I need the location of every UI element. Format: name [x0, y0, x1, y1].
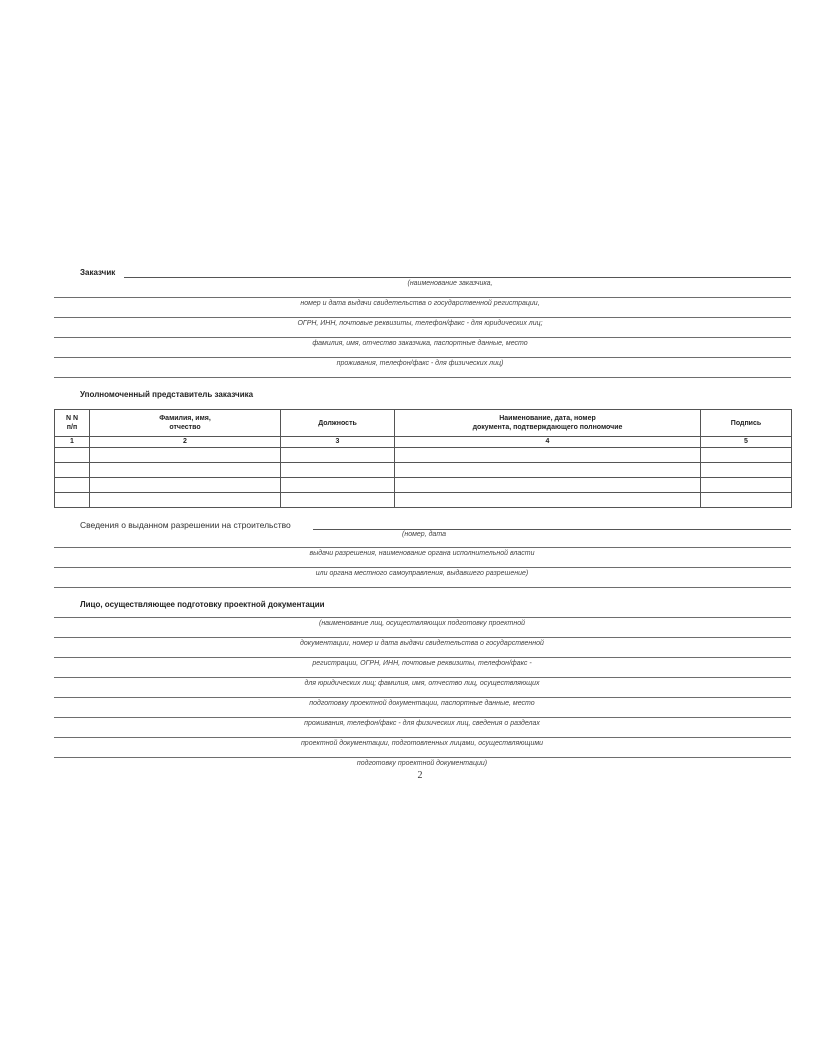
column-number: 1 — [55, 437, 90, 448]
table-cell[interactable] — [55, 448, 90, 463]
designer-line-4[interactable] — [54, 677, 791, 678]
table-cell[interactable] — [701, 448, 792, 463]
permit-line-2[interactable] — [54, 547, 791, 548]
table-cell[interactable] — [281, 493, 395, 508]
header-fio: Фамилия, имя,отчество — [90, 410, 281, 437]
table-cell[interactable] — [90, 493, 281, 508]
table-cell[interactable] — [281, 478, 395, 493]
table-cell[interactable] — [281, 448, 395, 463]
customer-label: Заказчик — [80, 268, 115, 277]
designer-hint-8: подготовку проектной документации) — [222, 760, 622, 767]
table-cell[interactable] — [701, 478, 792, 493]
designer-line-5[interactable] — [54, 697, 791, 698]
customer-line-3[interactable] — [54, 317, 791, 318]
designer-line-8[interactable] — [54, 757, 791, 758]
designer-line-2[interactable] — [54, 637, 791, 638]
customer-hint-1: (наименование заказчика, — [250, 280, 650, 287]
table-cell[interactable] — [395, 478, 701, 493]
permit-line-3[interactable] — [54, 567, 791, 568]
designer-heading: Лицо, осуществляющее подготовку проектно… — [80, 600, 325, 609]
table-cell[interactable] — [55, 478, 90, 493]
designer-hint-2: документации, номер и дата выдачи свидет… — [222, 640, 622, 647]
table-header-row: N Nп/п Фамилия, имя,отчество Должность Н… — [55, 410, 792, 437]
customer-line-5[interactable] — [54, 357, 791, 358]
permit-hint-2: выдачи разрешения, наименование органа и… — [222, 550, 622, 557]
table-cell[interactable] — [701, 463, 792, 478]
table-cell[interactable] — [90, 478, 281, 493]
customer-line-4[interactable] — [54, 337, 791, 338]
permit-fill-line[interactable] — [313, 529, 791, 530]
customer-hint-5: проживания, телефон/факс - для физически… — [220, 360, 620, 367]
customer-fill-line[interactable] — [124, 277, 791, 278]
designer-line-7[interactable] — [54, 737, 791, 738]
header-document: Наименование, дата, номердокумента, подт… — [395, 410, 701, 437]
permit-line-4[interactable] — [54, 587, 791, 588]
designer-hint-7: проектной документации, подготовленных л… — [222, 740, 622, 747]
column-number: 2 — [90, 437, 281, 448]
customer-hint-3: ОГРН, ИНН, почтовые реквизиты, телефон/ф… — [220, 320, 620, 327]
designer-hint-5: подготовку проектной документации, паспо… — [222, 700, 622, 707]
header-position: Должность — [281, 410, 395, 437]
designer-line-3[interactable] — [54, 657, 791, 658]
header-signature: Подпись — [701, 410, 792, 437]
table-cell[interactable] — [55, 493, 90, 508]
column-number: 5 — [701, 437, 792, 448]
table-cell[interactable] — [281, 463, 395, 478]
table-cell[interactable] — [395, 493, 701, 508]
designer-line-6[interactable] — [54, 717, 791, 718]
table-row — [55, 478, 792, 493]
customer-hint-2: номер и дата выдачи свидетельства о госу… — [220, 300, 620, 307]
designer-hint-3: регистрации, ОГРН, ИНН, почтовые реквизи… — [222, 660, 622, 667]
designer-hint-6: проживания, телефон/факс - для физически… — [222, 720, 622, 727]
customer-hint-4: фамилия, имя, отчество заказчика, паспор… — [220, 340, 620, 347]
column-number-row: 1 2 3 4 5 — [55, 437, 792, 448]
representative-heading: Уполномоченный представитель заказчика — [80, 390, 253, 399]
permit-hint-3: или органа местного самоуправления, выда… — [222, 570, 622, 577]
table-cell[interactable] — [90, 448, 281, 463]
column-number: 4 — [395, 437, 701, 448]
designer-hint-1: (наименование лиц, осуществляющих подгот… — [222, 620, 622, 627]
representative-table: N Nп/п Фамилия, имя,отчество Должность Н… — [54, 409, 792, 508]
document-page: Заказчик (наименование заказчика, номер … — [0, 0, 840, 1037]
table-row — [55, 448, 792, 463]
designer-line-1[interactable] — [54, 617, 791, 618]
customer-line-2[interactable] — [54, 297, 791, 298]
permit-hint-1: (номер, дата — [324, 531, 524, 538]
table-cell[interactable] — [395, 463, 701, 478]
table-row — [55, 463, 792, 478]
customer-line-6[interactable] — [54, 377, 791, 378]
column-number: 3 — [281, 437, 395, 448]
header-nn: N Nп/п — [55, 410, 90, 437]
table-row — [55, 493, 792, 508]
designer-hint-4: для юридических лиц; фамилия, имя, отчес… — [222, 680, 622, 687]
table-cell[interactable] — [395, 448, 701, 463]
permit-label: Сведения о выданном разрешении на строит… — [80, 520, 291, 530]
table-cell[interactable] — [55, 463, 90, 478]
page-number: 2 — [410, 770, 430, 781]
table-cell[interactable] — [90, 463, 281, 478]
table-cell[interactable] — [701, 493, 792, 508]
